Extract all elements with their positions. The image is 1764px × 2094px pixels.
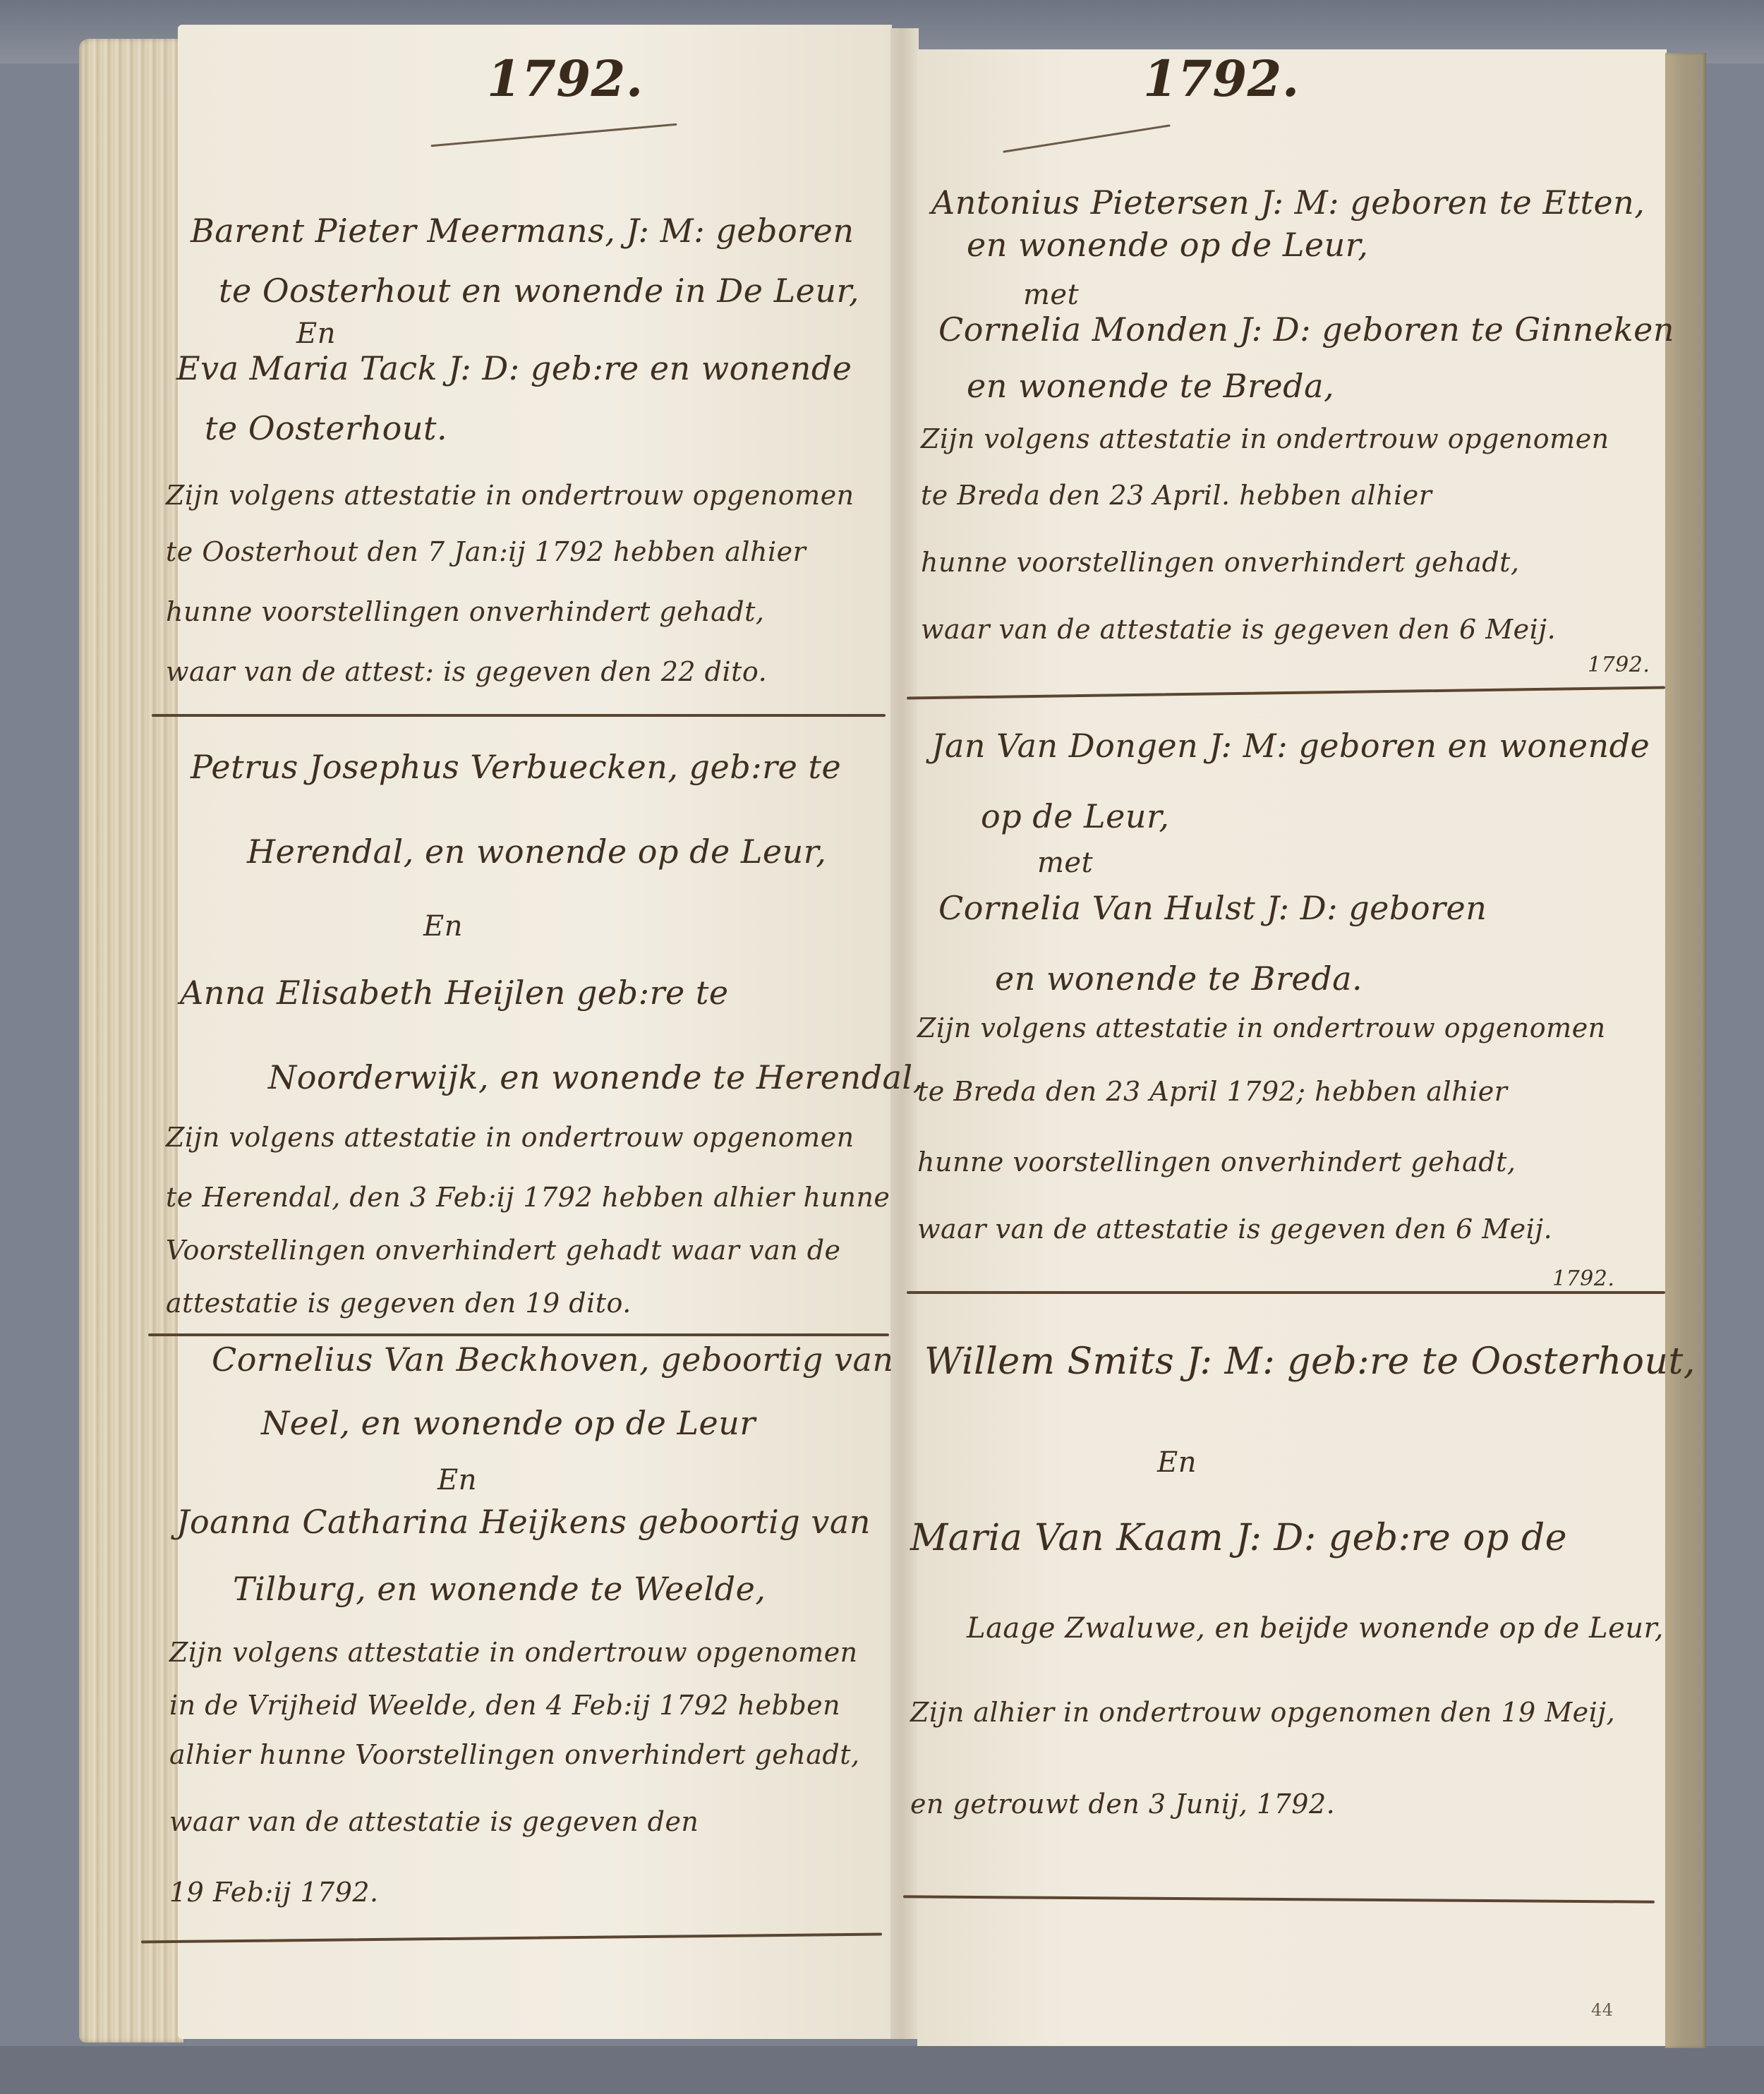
entry-text-line: Zijn volgens attestatie in ondertrouw op…	[166, 480, 854, 511]
entry-groom-line2: Neel, en wonende op de Leur	[261, 1404, 756, 1442]
entry-text-line: Voorstellingen onverhindert gehadt waar …	[166, 1235, 841, 1266]
entry-text-line: en getrouwt den 3 Junij, 1792.	[910, 1789, 1335, 1820]
entry-text-line: hunne voorstellingen onverhindert gehadt…	[921, 547, 1519, 578]
entry-text-line: hunne voorstellingen onverhindert gehadt…	[166, 596, 764, 627]
entry-groom-line2: op de Leur,	[981, 797, 1170, 835]
entry-bride-line2: Tilburg, en wonende te Weelde,	[233, 1570, 766, 1608]
entry-text-line: in de Vrijheid Weelde, den 4 Feb:ij 1792…	[169, 1690, 840, 1721]
entry-conjunction: met	[1037, 847, 1093, 879]
entry-bride-line2: en wonende te Breda.	[995, 960, 1363, 998]
right-page	[917, 49, 1667, 2046]
entry-trailing-year: 1792.	[1552, 1266, 1614, 1291]
left-page	[178, 25, 892, 2039]
entry-bride: Eva Maria Tack J: D: geb:re en wonende	[176, 349, 852, 387]
entry-conjunction: En	[437, 1464, 477, 1496]
entry-bride: Anna Elisabeth Heijlen geb:re te	[180, 974, 729, 1012]
entry-conjunction: met	[1023, 279, 1079, 311]
entry-groom-line2: en wonende op de Leur,	[967, 226, 1368, 264]
entry-text-line: hunne voorstellingen onverhindert gehadt…	[917, 1146, 1516, 1178]
entry-text-line: waar van de attestatie is gegeven den 6 …	[917, 1214, 1552, 1245]
entry-bride: Cornelia Van Hulst J: D: geboren	[938, 889, 1487, 927]
entry-bride: Joanna Catharina Heijkens geboortig van	[176, 1503, 871, 1541]
folio-number: 44	[1591, 2000, 1614, 2020]
entry-conjunction: En	[296, 317, 336, 350]
backdrop-bottom	[0, 2046, 1764, 2094]
entry-bride-line2: en wonende te Breda,	[967, 367, 1334, 405]
entry-bride-line2: te Oosterhout.	[205, 409, 447, 447]
entry-separator	[152, 714, 886, 717]
entry-groom: Petrus Josephus Verbuecken, geb:re te	[191, 748, 841, 786]
entry-conjunction: En	[1157, 1446, 1197, 1479]
entry-conjunction: En	[423, 910, 463, 943]
entry-text-line: attestatie is gegeven den 19 dito.	[166, 1288, 632, 1319]
entry-text-line: te Breda den 23 April 1792; hebben alhie…	[917, 1076, 1507, 1107]
entry-text-line: 19 Feb:ij 1792.	[169, 1877, 379, 1908]
entry-bride-line2: Noorderwijk, en wonende te Herendal,	[268, 1058, 924, 1096]
entry-text-line: waar van de attestatie is gegeven den	[169, 1806, 699, 1837]
page-stack-edge	[79, 39, 183, 2042]
entry-groom-line2: te Oosterhout en wonende in De Leur,	[219, 272, 859, 310]
entry-bride: Maria Van Kaam J: D: geb:re op de	[910, 1517, 1567, 1559]
entry-separator	[148, 1333, 889, 1336]
entry-text-line: te Herendal, den 3 Feb:ij 1792 hebben al…	[166, 1182, 890, 1213]
entry-text-line: waar van de attest: is gegeven den 22 di…	[166, 656, 767, 687]
entry-text-line: Zijn volgens attestatie in ondertrouw op…	[166, 1122, 854, 1153]
entry-text-line: te Oosterhout den 7 Jan:ij 1792 hebben a…	[166, 536, 806, 567]
entry-bride: Cornelia Monden J: D: geboren te Ginneke…	[938, 310, 1674, 349]
entry-separator	[907, 1291, 1665, 1294]
entry-text-line: Zijn volgens attestatie in ondertrouw op…	[921, 423, 1609, 454]
entry-bride-line2: Laage Zwaluwe, en beijde wonende op de L…	[967, 1612, 1664, 1645]
left-year-heading: 1792.	[487, 49, 644, 108]
entry-groom: Barent Pieter Meermans, J: M: geboren	[191, 212, 854, 250]
book-gutter	[890, 28, 919, 2039]
entry-trailing-year: 1792.	[1588, 653, 1650, 677]
right-year-heading: 1792.	[1143, 49, 1300, 108]
entry-groom: Cornelius Van Beckhoven, geboortig van	[212, 1340, 894, 1379]
entry-text-line: alhier hunne Voorstellingen onverhindert…	[169, 1739, 860, 1770]
entry-groom-line2: Herendal, en wonende op de Leur,	[247, 833, 826, 871]
binding-edge	[1665, 53, 1706, 2048]
entry-text-line: te Breda den 23 April. hebben alhier	[921, 480, 1432, 511]
entry-text-line: Zijn volgens attestatie in ondertrouw op…	[917, 1012, 1606, 1043]
entry-text-line: waar van de attestatie is gegeven den 6 …	[921, 614, 1556, 645]
entry-groom: Willem Smits J: M: geb:re te Oosterhout,	[924, 1340, 1696, 1383]
entry-groom: Antonius Pietersen J: M: geboren te Ette…	[931, 183, 1645, 222]
entry-text-line: Zijn volgens attestatie in ondertrouw op…	[169, 1637, 858, 1668]
entry-groom: Jan Van Dongen J: M: geboren en wonende	[931, 727, 1650, 765]
entry-text-line: Zijn alhier in ondertrouw opgenomen den …	[910, 1697, 1615, 1728]
